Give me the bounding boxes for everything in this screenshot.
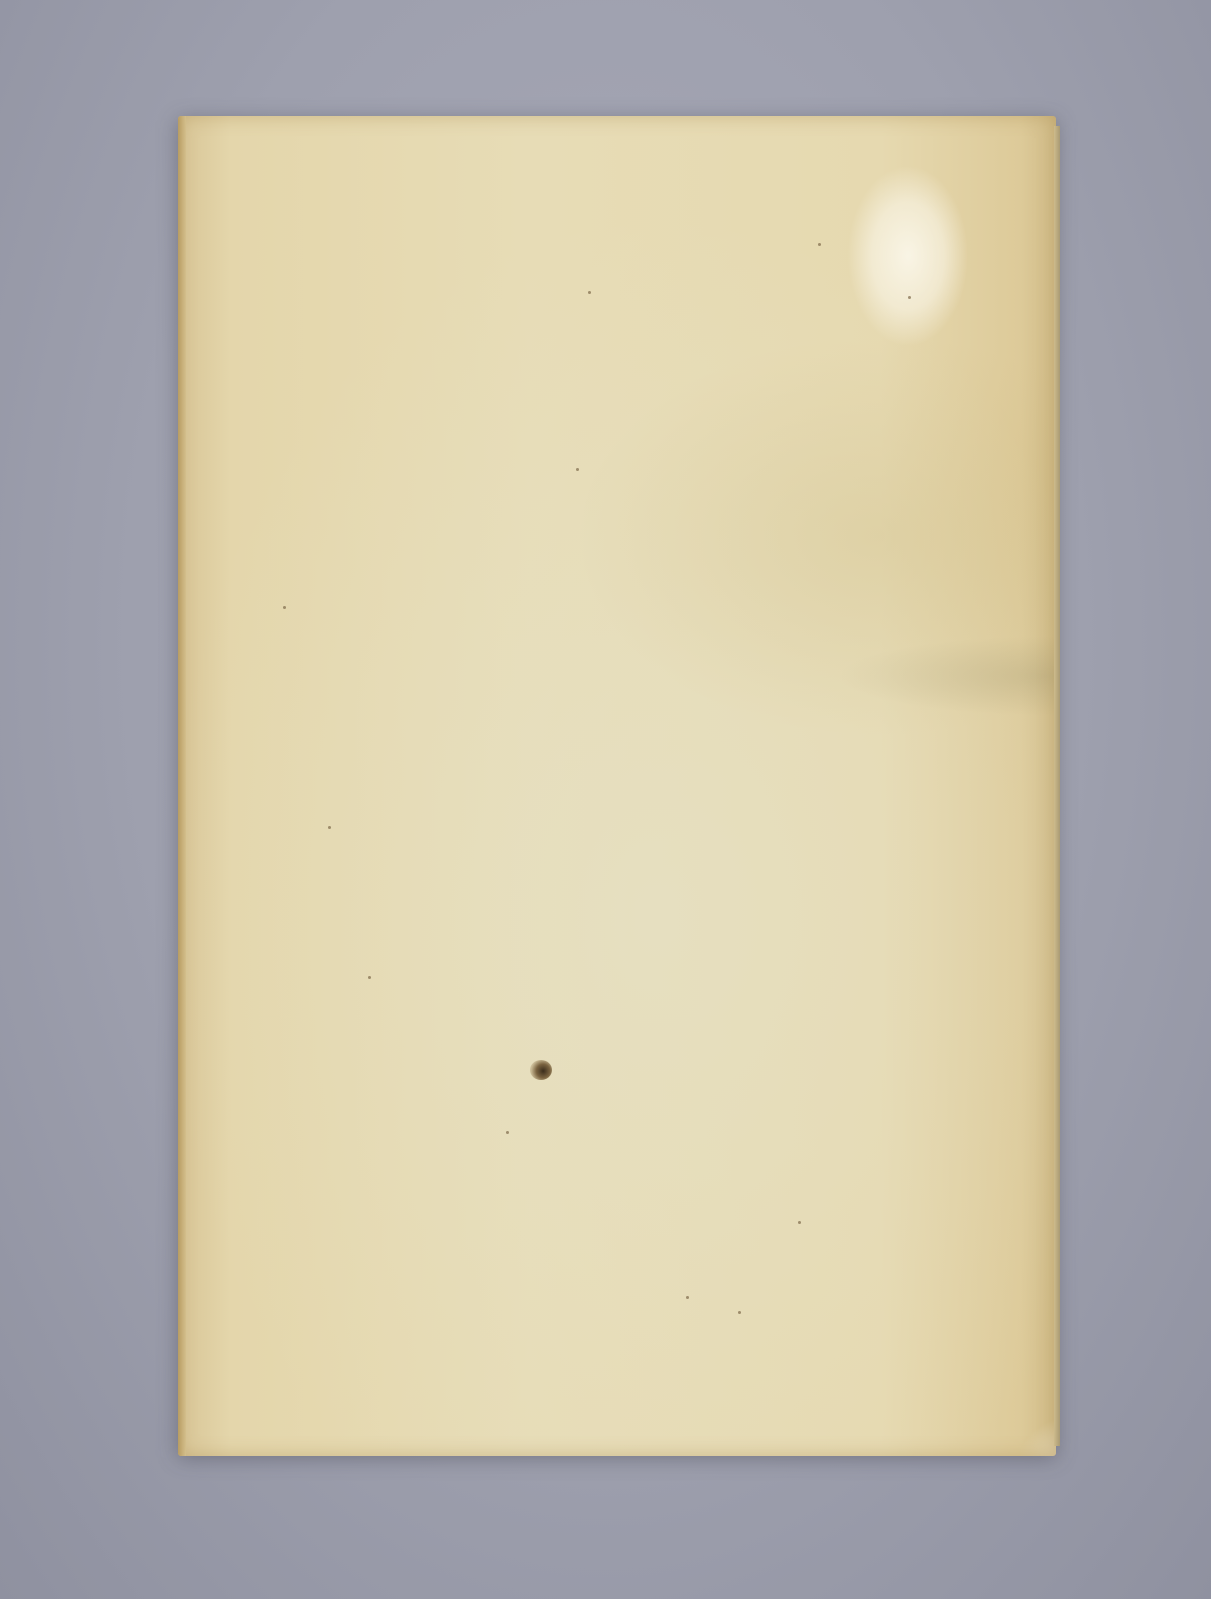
speck: [576, 468, 579, 471]
speck: [328, 826, 331, 829]
speck: [368, 976, 371, 979]
speck: [283, 606, 286, 609]
speck: [798, 1221, 801, 1224]
speck: [818, 243, 821, 246]
worm-hole: [530, 1060, 552, 1080]
spine-edge: [178, 116, 186, 1456]
speck: [506, 1131, 509, 1134]
speck: [588, 291, 591, 294]
speck: [686, 1296, 689, 1299]
speck: [738, 1311, 741, 1314]
speck: [908, 296, 911, 299]
page-block-edge: [1054, 126, 1060, 1446]
book-back-cover: [178, 116, 1056, 1456]
